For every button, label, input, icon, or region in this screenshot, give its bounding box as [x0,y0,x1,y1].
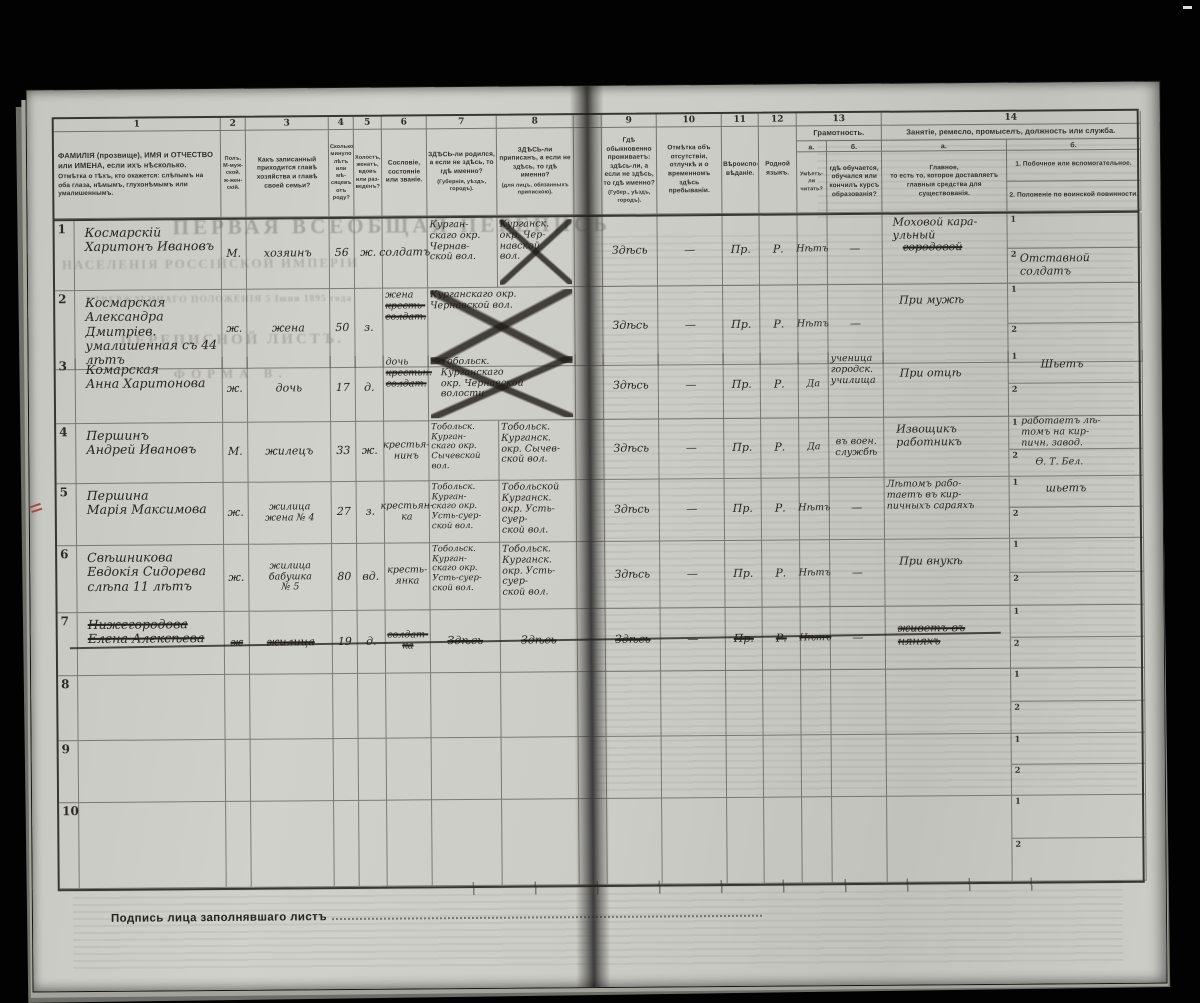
subcell-side: 1Шьетъ [1009,350,1142,384]
subcell-label: 2 [1014,702,1020,710]
subcell-label: 2 [1011,250,1017,258]
fold-gap [579,799,608,885]
cell-language: Р. [759,215,798,285]
cell-marital: вд. [357,544,386,611]
cell-occupation-side: 1 2 [1011,668,1146,734]
handwritten-crossed: живетъ въ няняхъ [888,608,1008,648]
handwritten-value: крестьян- ка [380,501,433,523]
cell-occupation-side: 1 2 [1011,605,1145,669]
handwritten-value: Шьетъ [1021,350,1140,371]
handwritten-value: Р. [775,567,786,580]
cell-registration [501,672,579,738]
table-row: 6 Свѣшникова Евдокія Сидорева слѣпа 11 л… [57,538,1140,614]
header-registration-main: ЗДѢСЬ-ли приписанъ, а если не здѣсь, то … [498,146,572,181]
cell-religion: Пр. [726,608,763,671]
handwritten-value: ж. [360,247,376,260]
cell-name [79,740,226,803]
cell-sex: ж [225,612,250,675]
handwritten-value: — [685,379,696,392]
header-occupation-side-2: 2. Положеніе по воинской повинности. [1007,180,1140,211]
signature-dotted-line [332,907,762,920]
header-residence: Гдѣ обыкновенно проживаетъ: здѣсь-ли, а … [602,128,658,215]
handwritten-value: Р. [775,503,786,516]
cell-literacy-where: — [830,478,885,540]
subcell-side: 1 [1012,795,1145,839]
cell-relation [251,801,335,888]
handwritten-value: — [850,318,861,331]
cell-residence [607,736,662,798]
fold-gap [577,480,605,542]
cell-name: Космарскій Харитонъ Ивановъ [75,220,223,291]
cell-occupation-main [887,796,1013,883]
handwritten-value: — [686,503,697,516]
cell-name: Першина Марія Максимова [77,483,224,546]
handwritten-value: Курганскаго окр. Чернавской вол. [430,289,572,312]
cell-language [764,735,802,797]
header-occupation-side-1: 1. Побочное или вспомогательное. [1007,150,1140,182]
cell-occupation-side: 1работаетъ лѣ- томъ на кир- пичн. завод.… [1009,416,1143,477]
cell-row-number: 10 [59,803,80,889]
cell-literacy-read: Нѣтъ [801,607,831,670]
handwritten-value: Р. [774,442,785,455]
cell-sex: М. [223,423,248,483]
cell-birthplace [432,800,503,887]
subcell-label: 1 [1014,670,1020,678]
header-registration: ЗДѢСЬ-ли приписанъ, а если не здѣсь, то … [497,128,575,216]
cell-literacy-where [831,670,887,735]
cell-occupation-side: 1 2 [1012,795,1147,882]
cell-marital: ж. [356,422,384,482]
cell-language: Р. [763,607,801,670]
subcell-label: 1 [1012,352,1018,360]
handwritten-value: жена [272,322,305,335]
handwritten-value: Пр. [731,319,751,332]
handwritten-value: 56 [335,247,349,260]
subcell-military: 2 [1012,764,1145,795]
handwritten-value: ж. [228,507,244,520]
handwritten-value: шьетъ [1022,476,1141,495]
cell-age [334,801,360,887]
subcell-military: 2Отставной солдатъ [1008,248,1141,283]
handwritten-value: Тобольск. Курган- скаго окр. Усть-суер- … [432,545,497,594]
handwritten-name: Космарскій Харитонъ Ивановъ [77,222,219,255]
subcell-label: 2 [1012,385,1018,393]
occupation-side-subcells: 1 2 [1012,795,1146,881]
cell-name [78,675,226,741]
subcell-military: 2 [1012,838,1145,881]
cell-residence: Здѣсь [605,542,661,609]
handwritten-value: Пр. [732,442,752,455]
cell-row-number: 3 [56,358,77,424]
table-row: 2 Космарская Александра Дмитріев. умалиш… [55,283,1138,359]
cell-estate: крестьян- ка [385,481,430,543]
handwritten-value: При отцѣ [886,353,1006,380]
handwritten-crossed: городовой [885,241,1005,254]
handwritten-value: ж [231,637,244,650]
header-surname-main: ФАМИЛІЯ (прозвище), ИМЯ и ОТЧЕСТВО или И… [58,150,216,171]
cell-row-number: 4 [56,424,76,484]
handwritten-value: з. [364,322,374,335]
handwritten-value: з. [366,506,376,519]
cell-age: 27 [332,482,357,544]
header-estate: Сословіе, состояніе или званіе. [382,129,428,216]
cell-absence [661,671,727,737]
subcell-label: 1 [1015,735,1021,743]
handwritten-value: Нѣтъ [796,244,828,255]
handwritten-value: Здѣсь [447,635,483,648]
handwritten-value: Р. [774,379,785,392]
header-surname: ФАМИЛІЯ (прозвище), ИМЯ и ОТЧЕСТВО или И… [54,131,222,219]
cell-literacy-where: ученица городск. училища [829,352,885,418]
handwritten-name: Першинъ Андрей Ивановъ [78,425,220,458]
cell-relation: жилица бабушка № 5 [249,544,333,612]
cell-absence: — [660,479,725,542]
cell-literacy-where: — [831,607,886,670]
handwritten-value: Здѣсь [521,634,557,647]
header-literacy-read: Умѣетъ- ли читать? [797,152,827,213]
subcell-military: 2 [1011,636,1144,668]
cell-religion [727,736,764,798]
handwritten-value: хозяинъ [264,247,312,260]
cell-absence: — [660,541,726,609]
header-religion: Вѣроиспо- вѣданіе. [722,127,760,214]
cell-marital [359,739,387,801]
subcell-label: 1 [1015,797,1021,805]
cell-absence: — [659,419,724,480]
cell-literacy-read [802,797,833,883]
handwritten-value: Тобольск. Курган- скаго окр. Усть-суер- … [432,483,497,532]
handwritten-value: ж. [226,323,242,336]
header-literacy-where: гдѣ обучается, обучался или кончилъ курс… [827,152,882,213]
handwritten-value: Тобольск. Курган- скаго окр. Сычевской в… [431,423,496,472]
col-number: 9 [602,115,657,128]
cell-religion: Пр. [725,541,763,608]
handwritten-value: Тобольск. Курганск. окр. Усть-суер- ской… [502,544,574,599]
handwritten-value: Тобольск. Курганск. окр. Сычев- ской вол… [501,422,573,466]
handwritten-name: Свѣшникова Евдокія Сидорева слѣпа 11 лѣт… [79,547,221,594]
subcell-label: 2 [1011,324,1017,332]
handwritten-value: работаетъ лѣ- томъ на кир- пичн. завод. [1021,416,1140,449]
handwritten-value: Р. [776,632,787,645]
cell-row-number: 7 [58,613,78,676]
handwritten-value: Курганск. окр. Чер- навской вол. [500,219,572,263]
cell-registration: Здѣсь [501,609,578,673]
cell-name: Комарская Анна Харитонова [76,357,224,424]
handwritten-value: Здѣсь [614,568,650,581]
cell-row-number: 1 [55,221,76,291]
cell-name: Нижегородова Елена Алексѣева [78,612,225,676]
cell-age: 33 [331,422,356,482]
cell-name [79,802,227,889]
handwritten-value: — [852,567,863,580]
cell-birthplace: Курган- скаго окр. Чернав- ской вол. [427,218,498,289]
subcell-side: 1 [1012,733,1145,765]
handwritten-value: Нѣтъ [798,503,830,514]
table-row: 1 Космарскій Харитонъ Ивановъ М. хозяинъ… [55,213,1139,292]
header-literacy: Грамотность. [797,126,882,142]
header-marital: Холостъ, женатъ, вдовъ или раз- веденъ? [354,130,383,217]
cell-occupation-main: При внукѣ [885,539,1011,607]
cell-birthplace [432,738,502,801]
handwritten-crossed: крестьн. солдат. [386,368,426,390]
cell-row-number: 8 [58,676,79,741]
col-number: 13 [797,113,882,127]
handwritten-value: 19 [338,636,352,649]
cell-absence: — [657,216,723,287]
handwritten-value: Пр. [733,503,753,516]
header-age: Сколько минуло лѣтъ или мѣ- сяцевъ отъ р… [329,130,355,217]
subcell-label: 1 [1010,215,1016,223]
handwritten-value: 50 [335,322,349,335]
fold-gap [578,609,606,672]
handwritten-value: Моховой кара- ульный [884,216,1004,242]
cell-residence: Здѣсь [602,217,658,287]
handwritten-value: Лѣтомъ рабо- таетъ въ кир- пичныхъ сарая… [887,479,1007,512]
subcell-side: 1 [1011,668,1144,702]
col-number: 11 [722,114,759,127]
cell-name: Свѣшникова Евдокія Сидорева слѣпа 11 лѣт… [77,545,225,613]
cell-relation: хозяинъ [247,219,331,290]
cell-relation: жилица жена № 4 [249,482,332,545]
handwritten-value: жилица бабушка № 5 [269,561,312,594]
cell-occupation-main: Извощикъ работникъ [884,417,1009,478]
handwritten-value: Пр. [732,379,752,392]
col-number: 2 [221,118,246,131]
cell-occupation-side: 1 2 [1012,733,1146,796]
handwritten-value: Здѣсь [613,380,649,393]
cell-sex: М. [222,220,248,290]
cell-sex: ж. [224,545,250,612]
handwritten-value: жилица жена № 4 [265,502,315,524]
subcell-label: 1 [1012,418,1018,426]
cell-marital: д. [356,356,385,422]
scan-artifact [1183,6,1192,9]
cell-registration [502,799,580,886]
handwritten-value: Нѣтъ [799,568,831,579]
col-number: 6 [382,116,427,129]
subcell-side: 1 [1008,283,1141,324]
header-birthplace-note: (Губернія, уѣздъ, городъ). [428,178,495,193]
cell-sex [226,740,251,802]
cell-estate: кресть- янка [385,543,431,610]
cell-literacy-read: Да [799,352,830,418]
fold-gap [577,542,606,609]
subcell-side: 1шьетъ [1010,476,1143,508]
col-number: 3 [246,117,329,131]
cell-religion: Пр. [725,479,762,541]
cell-registration: Тобольской Курганск. окр. Усть-суер- ско… [500,480,577,543]
handwritten-value: д. [364,382,375,395]
handwritten-name: Комарская Анна Харитонова [78,359,220,392]
handwritten-name: Нижегородова Елена Алексѣева [80,614,222,647]
cell-religion [726,671,764,736]
cell-estate: солдатъ [382,218,428,288]
handwritten-value: ж. [228,572,244,585]
cell-registration [502,737,579,800]
subcell-label: 1 [1013,540,1019,548]
cell-absence: — [661,608,726,672]
handwritten-value: При мужѣ [885,286,1005,307]
cell-birthplace: Здѣсь [431,610,501,674]
header-birthplace-main: ЗДѢСЬ-ли родился, а если не здѣсь, то гд… [428,151,495,177]
cell-sex [226,802,252,888]
subcell-military: 2Ѳ. Т. Бел. [1009,449,1142,476]
cell-religion: Пр. [724,419,761,479]
handwritten-value: — [687,568,698,581]
cell-relation: дочь [248,356,332,423]
cell-religion: Пр. [722,216,760,286]
header-registration-note: (для лицъ, обязанныхъ припискою). [498,182,572,197]
table-row: 10 1 2 [59,795,1143,890]
cell-literacy-where [832,797,888,883]
handwritten-value: Нѣтъ [797,319,829,330]
cell-absence: — [659,353,725,420]
handwritten-crossed: кресть- солдат. [385,301,425,323]
handwritten-value: Р. [773,244,784,257]
cell-absence [662,736,727,799]
cell-marital [359,801,388,887]
cell-language: Р. [762,478,800,540]
cell-occupation-main [886,669,1012,735]
occupation-side-subcells: 1 2 [1011,605,1144,668]
handwritten-value: Да [807,379,820,390]
header-literacy-b-letter: б. [827,141,882,152]
col-number: 12 [759,113,797,126]
cell-sex: ж. [224,483,249,545]
cell-residence: Здѣсь [605,480,660,542]
cell-registration: Тобольск. Курганск. окр. Сычев- ской вол… [499,420,576,481]
table-row: 3 Комарская Анна Харитонова ж. дочь 17 д… [56,350,1139,425]
col-number: 4 [329,117,354,130]
cell-literacy-read: Нѣтъ [797,215,828,285]
cell-literacy-where [832,735,887,797]
handwritten-value: 80 [337,571,351,584]
subcell-label: 2 [1013,509,1019,517]
header-surname-note: Отмѣтка о тѣхъ, кто окажется: слѣпымъ на… [58,172,216,199]
cell-relation: жилица [250,611,333,675]
handwritten-value: 33 [336,445,350,458]
cell-language [763,670,802,735]
cell-marital: д. [358,611,386,674]
header-residence-note: (Губер., уѣздъ, городъ). [603,190,655,205]
handwritten-value: солдатъ [379,247,430,260]
cell-estate [387,738,432,800]
cell-marital [358,674,387,739]
table-row: 9 1 2 [59,733,1142,804]
fold-gap [574,128,603,215]
handwritten-value: М. [226,248,241,261]
handwritten-value: Здѣсь [612,319,648,332]
handwritten-value: Здѣсь [612,245,648,258]
fold-gap [576,420,604,480]
cell-occupation-main: живетъ въ няняхъ [886,606,1011,670]
cell-literacy-read [802,735,832,797]
signature-label: Подпись лица заполнявшаго листъ [111,911,327,925]
cell-literacy-where: въ воен. службѣ [829,418,884,478]
cell-estate [387,800,433,886]
handwritten-value: Нѣтъ [799,633,831,644]
census-table: 1 2 3 4 5 6 7 8 9 10 11 12 13 14 ФАМИЛІЯ… [52,109,1145,892]
fold-gap [574,217,603,287]
handwritten-value: Здѣсь [615,633,651,646]
handwritten-value: жилецъ [265,445,313,458]
cell-language: Р. [761,418,799,478]
cell-relation: жилецъ [248,422,331,483]
handwritten-name: Космарская Александра Дмитріев. умалишен… [77,292,220,367]
handwritten-value: дочь [276,383,303,396]
cell-sex [225,675,251,740]
cell-age: 56 [329,219,355,289]
handwritten-value: кресть- янка [387,566,427,588]
subcell-military: 2 [1010,571,1143,605]
cell-language: Р. [762,540,801,607]
handwritten-value: Курган- скаго окр. Чернав- ской вол. [430,220,495,264]
handwritten-value: Р. [773,318,784,331]
cell-row-number: 9 [59,741,79,803]
table-row: 8 1 2 [58,668,1141,742]
cell-residence: Здѣсь [604,420,659,480]
subcell-label: 1 [1011,285,1017,293]
cell-birthplace: Тобольск. Курган- скаго окр. Усть-суер- … [430,543,501,611]
photo-background: ПЕРВАЯ ВСЕОБЩАЯ ПЕРЕПИСЬ НАСЕЛЕНІЯ РОССІ… [0,0,1200,1003]
subcell-label: 2 [1013,573,1019,581]
header-occupation-side: 1. Побочное или вспомогательное. 2. Поло… [1007,150,1141,212]
subcell-label: 2 [1015,766,1021,774]
cell-row-number: 6 [57,546,78,613]
header-literacy-a-letter: а. [797,141,827,152]
cell-occupation-side: 1Шьетъ 2 [1009,350,1144,417]
cell-literacy-read: Нѣтъ [800,478,830,540]
fold-gap [574,115,602,128]
handwritten-value: — [686,442,697,455]
handwritten-value: Тобольской Курганск. окр. Усть-суер- ско… [502,482,574,537]
occupation-side-subcells: 1 2Отставной солдатъ [1007,213,1141,283]
cell-occupation-side: 1 2 [1010,538,1145,606]
header-residence-main: Гдѣ обыкновенно проживаетъ: здѣсь-ли, а … [603,137,655,189]
subcell-label: 2 [1014,638,1020,646]
subcell-side: 1 [1007,213,1140,249]
subcell-military: 2 [1010,507,1143,538]
occupation-side-subcells: 1работаетъ лѣ- томъ на кир- пичн. завод.… [1009,416,1142,476]
handwritten-value: солдат- ка [387,630,428,652]
header-birthplace: ЗДѢСЬ-ли родился, а если не здѣсь, то гд… [427,129,498,217]
table-row: 4 Першинъ Андрей Ивановъ М. жилецъ 33 ж.… [56,416,1139,485]
subcell-side: 1работаетъ лѣ- томъ на кир- пичн. завод. [1009,416,1142,451]
handwritten-value: Пр. [731,244,751,257]
ghost-print-texture [73,882,1124,972]
handwritten-value: Пр. [734,633,754,646]
handwritten-value: ученица городск. училища [831,354,881,387]
table-row: 7 Нижегородова Елена Алексѣева ж жилица … [58,605,1141,677]
cell-row-number: 5 [57,484,77,546]
handwritten-value: — [851,502,862,515]
table-row: 5 Першина Марія Максимова ж. жилица жена… [57,476,1140,547]
subcell-military: 2 [1011,700,1144,733]
cell-sex: ж. [223,357,249,423]
cell-literacy-where: — [827,215,883,285]
cell-literacy-read [801,670,832,735]
cell-age: 19 [333,611,358,674]
handwritten-value: Да [807,442,820,453]
cell-literacy-read: Нѣтъ [800,540,831,607]
handwritten-value: М. [228,446,243,459]
cell-name: Першинъ Андрей Ивановъ [76,423,223,484]
handwritten-value: — [849,243,860,256]
handwritten-name: Першина Марія Максимова [79,485,221,518]
handwritten-value: — [852,632,863,645]
subcell-label: 1 [1014,607,1020,615]
fold-gap [578,672,607,737]
